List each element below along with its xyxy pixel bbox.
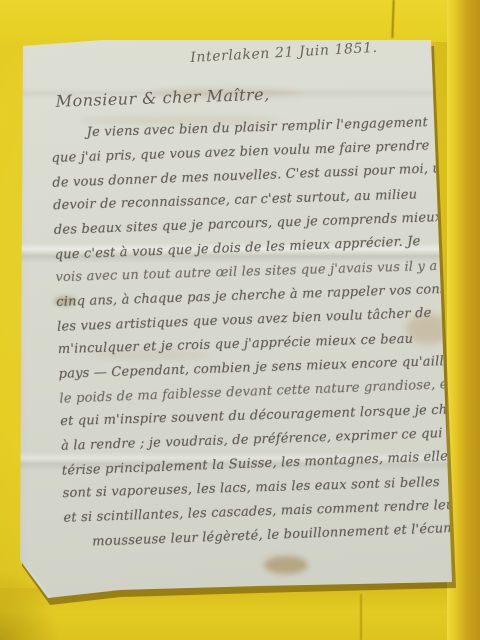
photo-of-letter: Interlaken 21 Juin 1851. Monsieur & cher… [0, 0, 480, 640]
letter-dateline: Interlaken 21 Juin 1851. [190, 36, 444, 66]
letter-paper: Interlaken 21 Juin 1851. Monsieur & cher… [0, 0, 480, 640]
letter-salutation: Monsieur & cher Maître, [55, 79, 445, 111]
letter-body: Je viens avec bien du plaisir remplir l'… [50, 110, 460, 555]
letter-content: Interlaken 21 Juin 1851. Monsieur & cher… [48, 39, 460, 555]
background-crease-bottom [360, 594, 362, 640]
paper-stain [264, 556, 308, 574]
yellow-background-top [0, 0, 480, 42]
